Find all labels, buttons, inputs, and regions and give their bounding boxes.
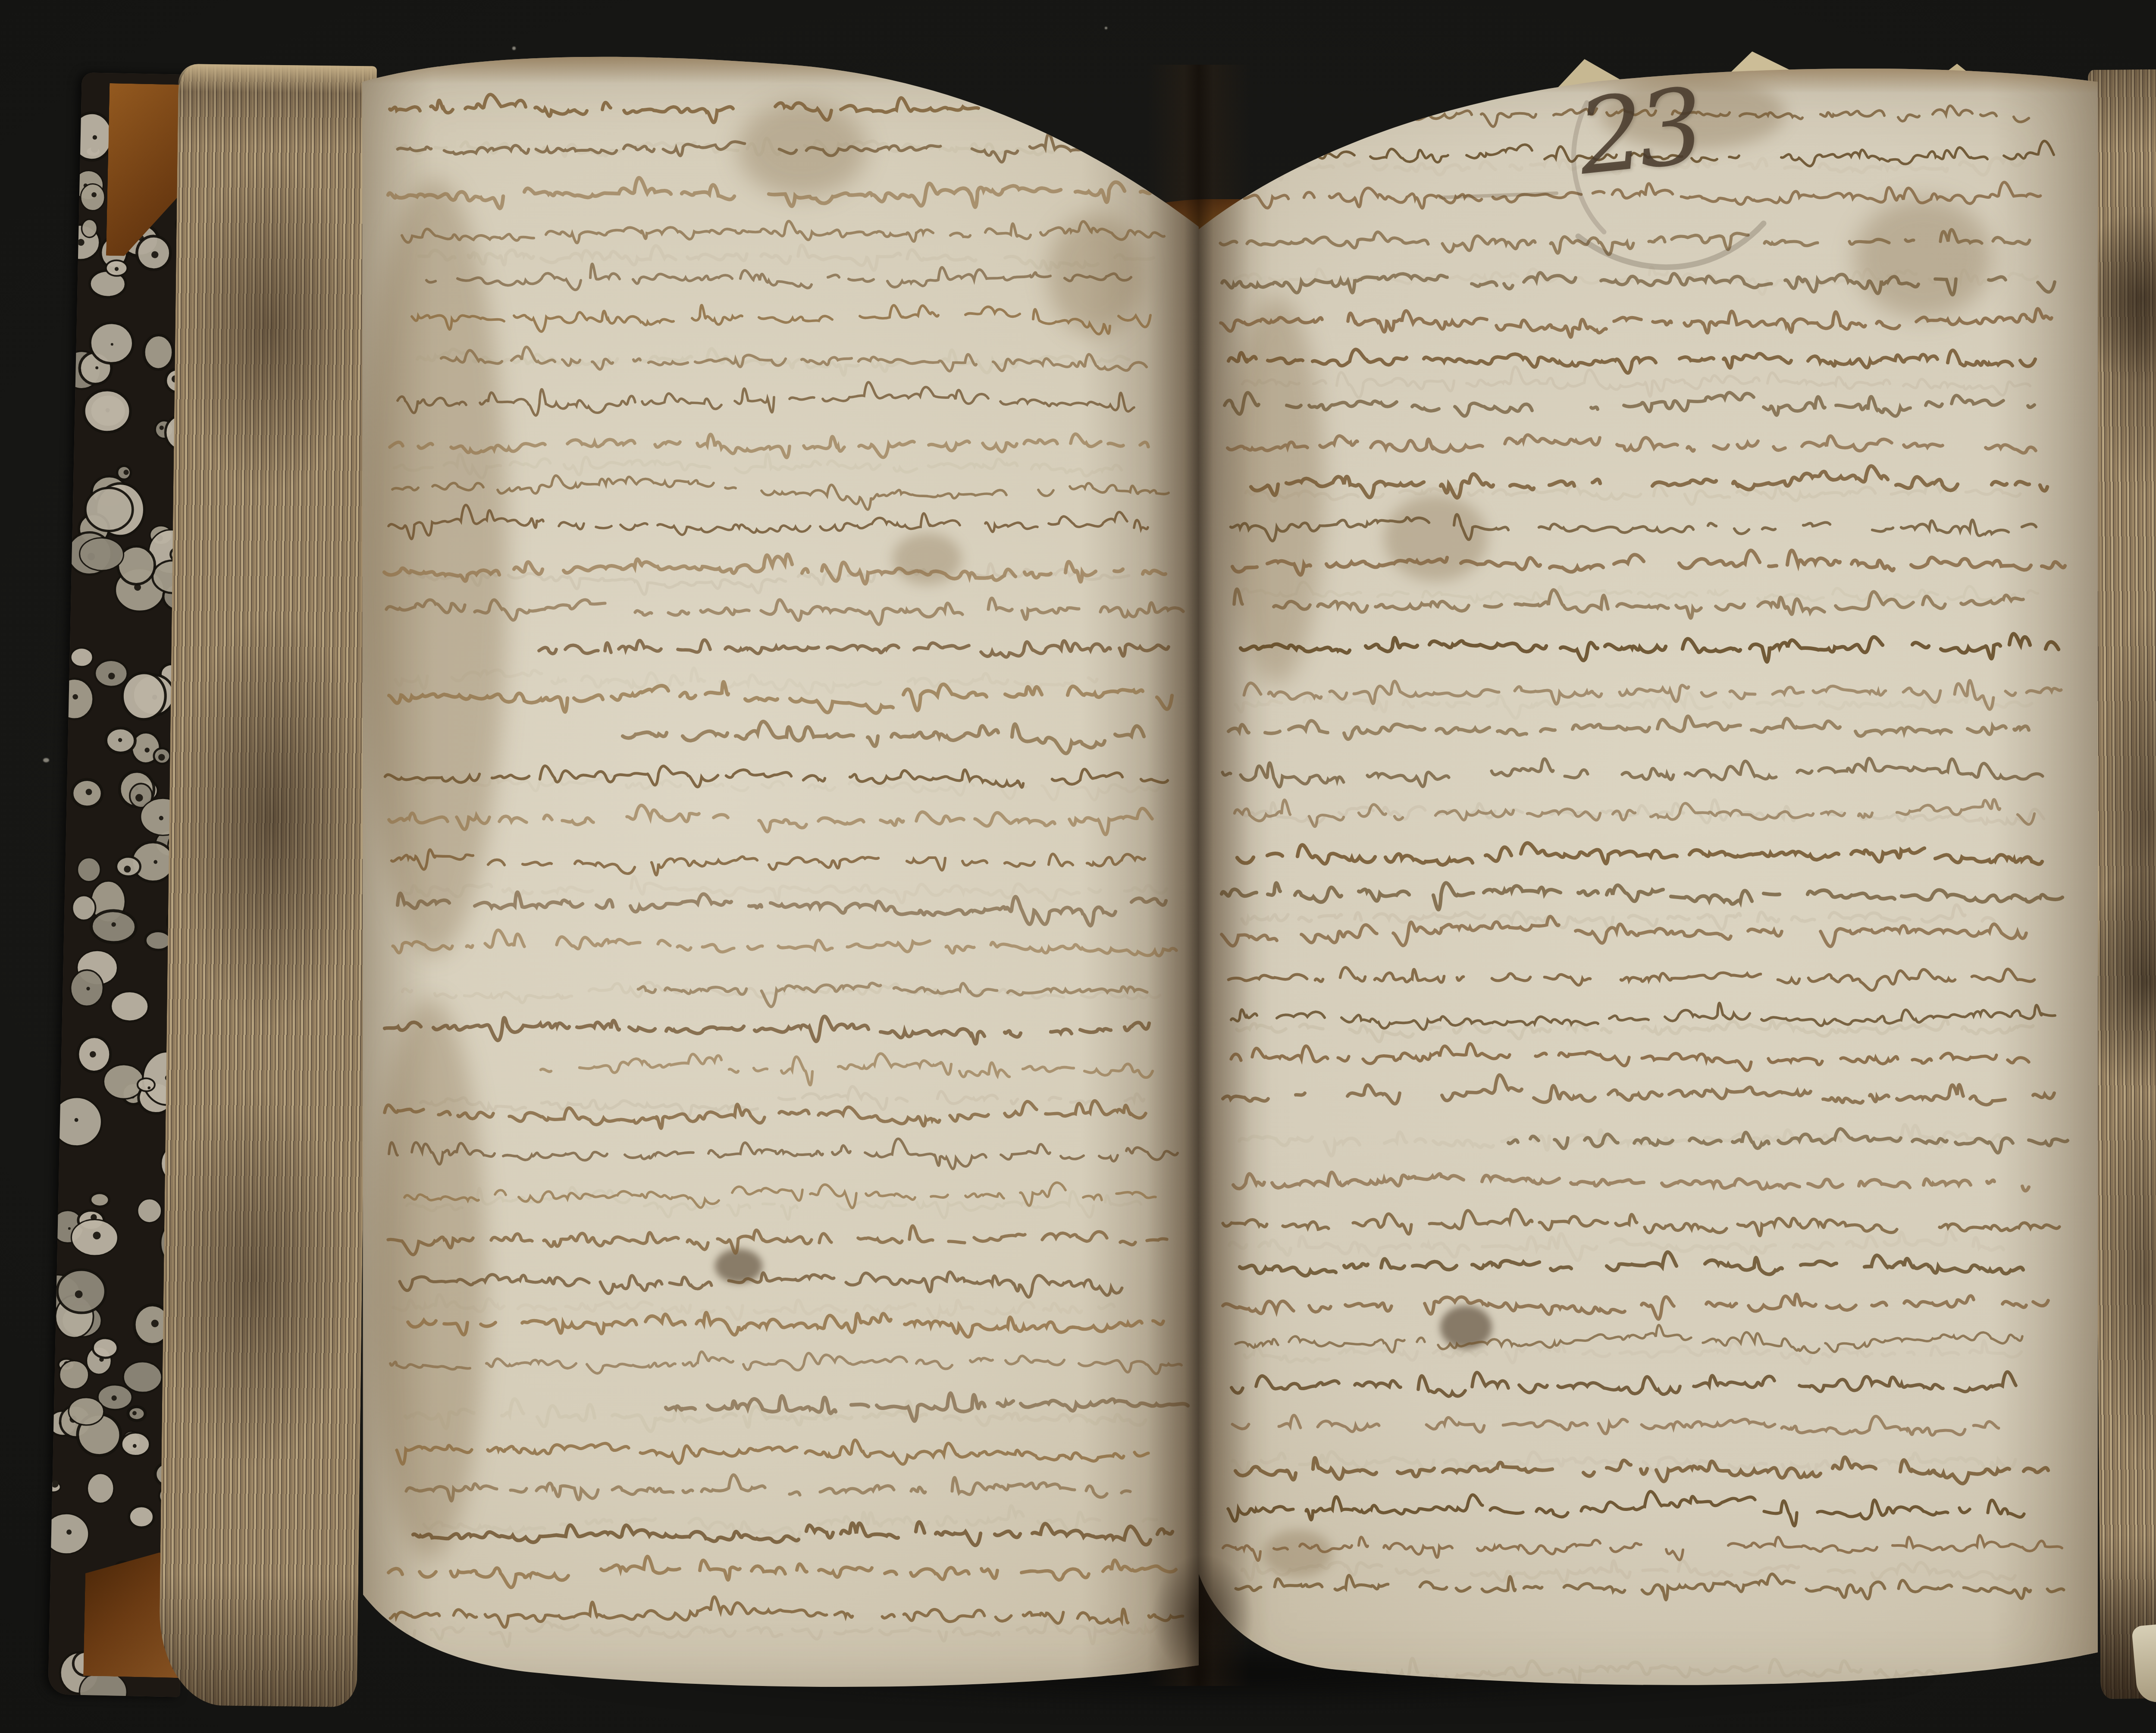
dust-speck: [512, 47, 516, 50]
photo-background: Ra di lsen, 23: [0, 0, 2156, 1733]
right-page: 23: [1199, 55, 2098, 1711]
dust-speck: [43, 758, 49, 762]
dust-speck: [1105, 27, 1107, 29]
left-page-stack-edge: [159, 64, 377, 1707]
right-page-stack-edge: [2088, 69, 2156, 1699]
left-page-handwriting: [358, 50, 1199, 1703]
page-number: 23: [1573, 74, 1703, 190]
book: Ra di lsen, 23: [0, 0, 2156, 1733]
left-page: [358, 50, 1199, 1703]
right-page-handwriting: [1199, 55, 2098, 1711]
gutter-bottom-shadow: [1130, 1535, 1276, 1682]
gutter-shadow: [1147, 65, 1250, 1686]
